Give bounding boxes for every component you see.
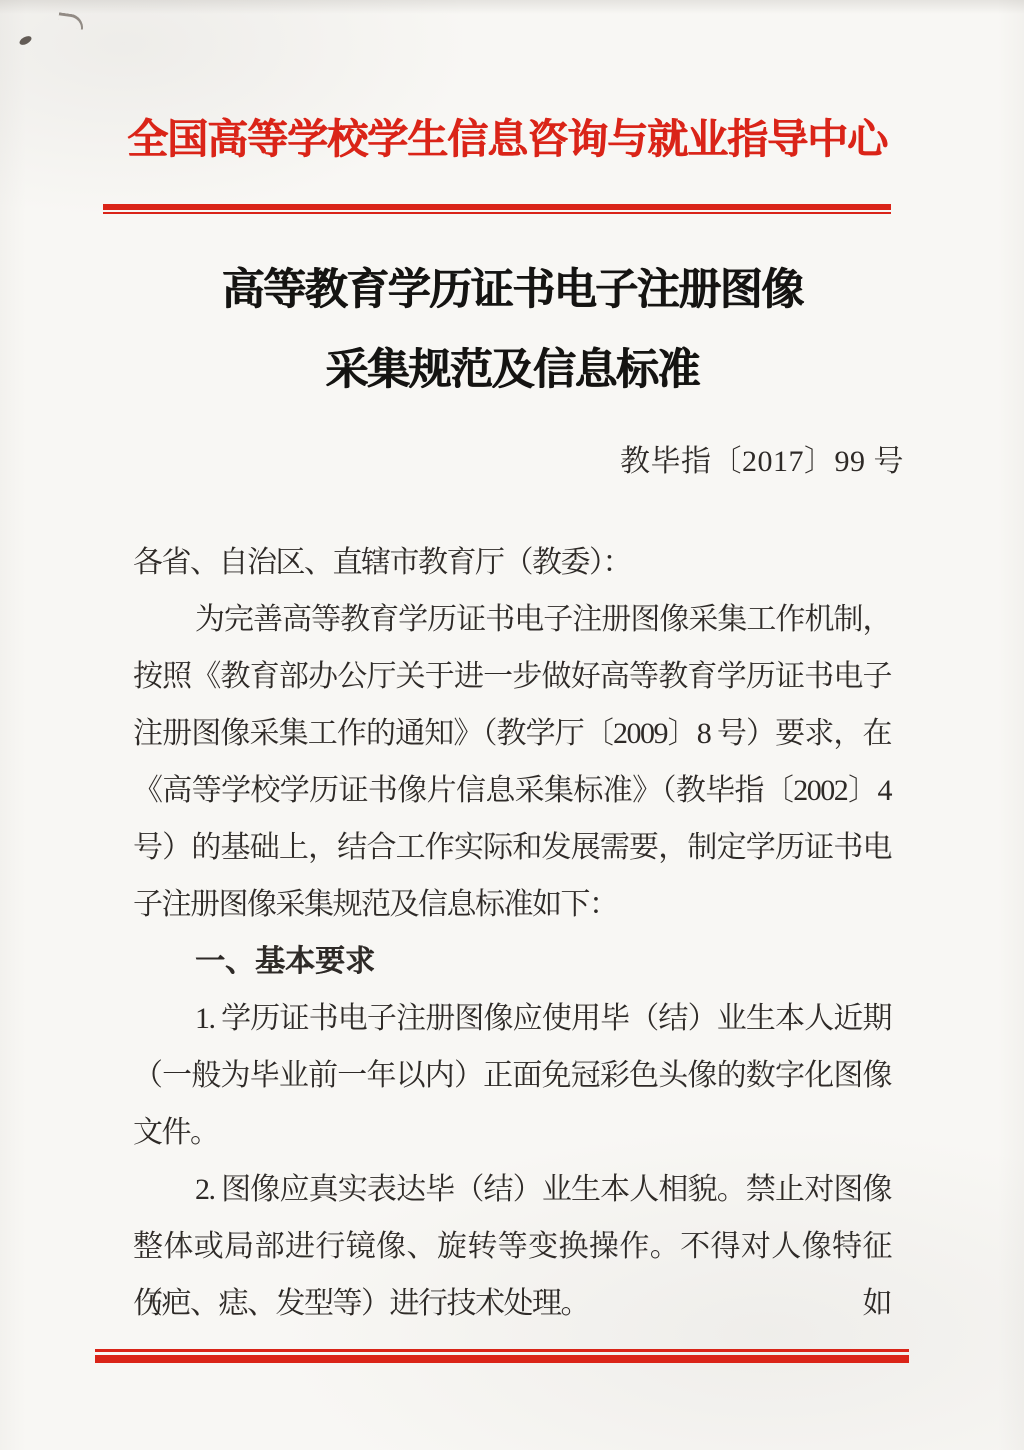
letterhead-rule — [103, 204, 891, 214]
footer-rule — [95, 1349, 909, 1363]
body-line: 注册图像采集工作的通知》（教学厅〔2009〕8 号）要求，在 — [133, 705, 891, 762]
document-body: 各省、自治区、直辖市教育厅（教委）： 为完善高等教育学历证书电子注册图像采集工作… — [133, 534, 891, 1332]
body-line: 1. 学历证书电子注册图像应使用毕（结）业生本人近期 — [133, 990, 891, 1047]
body-line: （一般为毕业前一年以内）正面免冠彩色头像的数字化图像 — [133, 1047, 891, 1104]
body-line: 2. 图像应真实表达毕（结）业生本人相貌。禁止对图像 — [133, 1161, 891, 1218]
scan-ink-dot — [18, 34, 33, 46]
letterhead-rule-thin — [103, 212, 891, 214]
document-number: 教毕指〔2017〕99 号 — [620, 436, 904, 480]
letterhead-org-name: 全国高等学校学生信息咨询与就业指导中心 — [0, 106, 1014, 165]
body-line: 按照《教育部办公厅关于进一步做好高等教育学历证书电子 — [133, 648, 891, 705]
section-heading: 一、基本要求 — [133, 933, 891, 990]
body-line: 整体或局部进行镜像、旋转等变换操作。不得对人像特征（如 — [133, 1218, 891, 1275]
salutation-line: 各省、自治区、直辖市教育厅（教委）： — [133, 534, 891, 591]
body-line: 文件。 — [133, 1104, 891, 1161]
footer-rule-thick — [95, 1355, 909, 1363]
scanned-document-page: 全国高等学校学生信息咨询与就业指导中心 高等教育学历证书电子注册图像 采集规范及… — [0, 0, 1024, 1450]
body-line: 《高等学校学历证书像片信息采集标准》（教毕指〔2002〕4 — [133, 762, 891, 819]
scan-crease-mark — [57, 12, 85, 29]
document-title-line2: 采集规范及信息标准 — [0, 336, 1024, 397]
document-title-line1: 高等教育学历证书电子注册图像 — [0, 256, 1024, 317]
body-line: 为完善高等教育学历证书电子注册图像采集工作机制， — [133, 591, 891, 648]
body-line: 号）的基础上，结合工作实际和发展需要，制定学历证书电 — [133, 819, 891, 876]
body-line: 子注册图像采集规范及信息标准如下： — [133, 876, 891, 933]
